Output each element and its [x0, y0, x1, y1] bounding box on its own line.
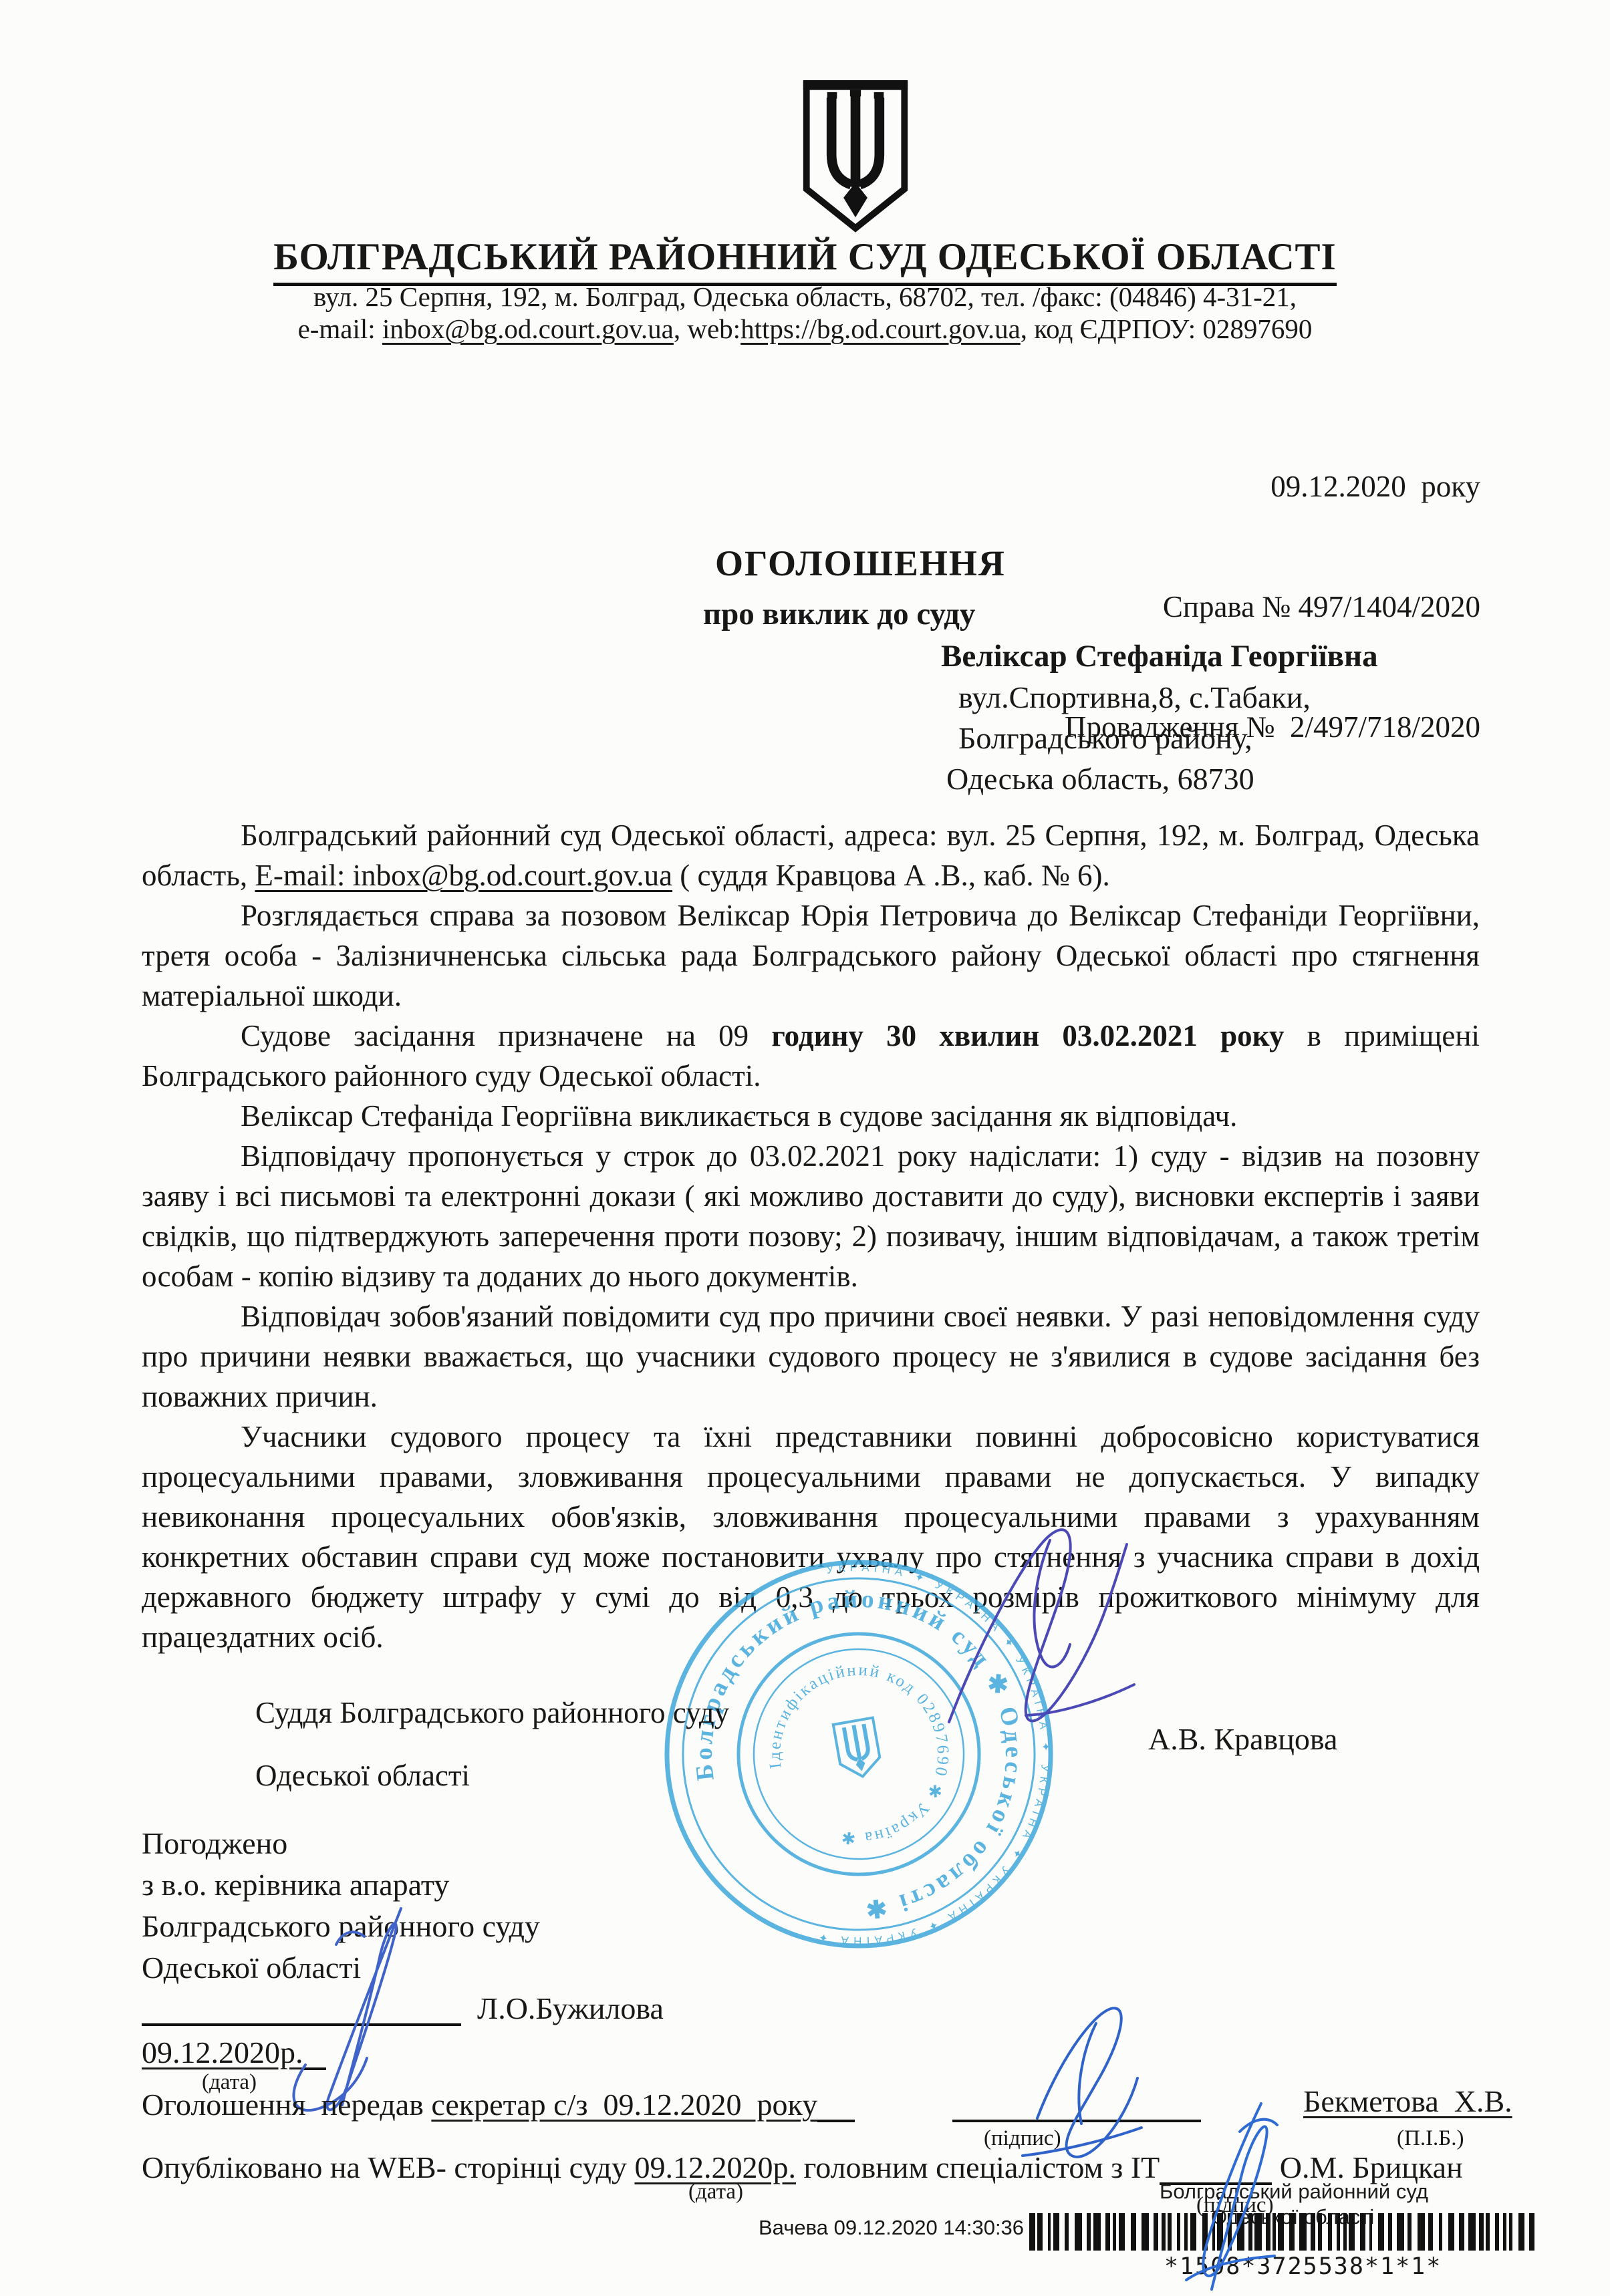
page-title: БОЛГРАДСЬКИЙ РАЙОННИЙ СУД ОДЕСЬКОЇ ОБЛАС… — [273, 235, 1336, 286]
paragraph-hearing-date: Судове засідання призначене на 09 годину… — [142, 1016, 1480, 1096]
judge-signature — [926, 1514, 1153, 1741]
stamp-trident-icon — [833, 1718, 883, 1780]
publish-text: Опубліковано на WEB- сторінці суду — [142, 2150, 634, 2184]
secretary-signature — [996, 1997, 1150, 2164]
publish-date-label: (дата) — [688, 2180, 743, 2204]
body-email: E-mail: inbox@bg.od.court.gov.ua — [255, 859, 672, 892]
paragraph-respondent-duties: Відповідачу пропонується у строк до 03.0… — [142, 1136, 1480, 1296]
court-website: https://bg.od.court.gov.ua — [741, 313, 1021, 344]
addressee-district: Болградського району, — [958, 718, 1378, 758]
it-specialist-signature — [1160, 2092, 1300, 2292]
paragraph-case-parties: Розглядається справа за позовом Веліксар… — [142, 895, 1480, 1016]
email-prefix: e-mail: — [298, 313, 382, 344]
addressee-street: вул.Спортивна,8, с.Табаки, — [958, 677, 1378, 718]
email-suffix: , код ЄДРПОУ: 02897690 — [1021, 313, 1313, 344]
email-mid: , web: — [674, 313, 741, 344]
addressee-block: Веліксар Стефаніда Георгіївна вул.Спорти… — [941, 636, 1378, 799]
transfer-row: Оголошення передав секретар с/з 09.12.20… — [142, 2084, 855, 2122]
judge-title-line1: Суддя Болградського районного суду — [255, 1681, 729, 1744]
case-number: Справа № 497/1404/2020 — [1065, 587, 1480, 627]
judge-name: А.В. Кравцова — [1148, 1721, 1337, 1757]
court-address-line: вул. 25 Серпня, 192, м. Болград, Одеська… — [0, 281, 1610, 313]
court-email: inbox@bg.od.court.gov.ua — [382, 313, 674, 344]
transfer-text: Оголошення передав — [142, 2088, 431, 2122]
document-body: Болградський районний суд Одеської облас… — [142, 815, 1480, 1657]
court-contacts-line: e-mail: inbox@bg.od.court.gov.ua, web:ht… — [0, 313, 1610, 345]
addressee-region: Одеська область, 68730 — [946, 758, 1378, 799]
paragraph-summons: Веліксар Стефаніда Георгіївна викликаєть… — [142, 1096, 1480, 1136]
operator-timestamp: Вачева 09.12.2020 14:30:36 — [759, 2216, 1024, 2240]
coat-of-arms-ukraine-icon — [800, 80, 911, 233]
judge-title-line2: Одеської області — [255, 1744, 729, 1807]
transfer-underlined: секретар с/з 09.12.2020 року — [431, 2088, 817, 2122]
addressee-name: Веліксар Стефаніда Георгіївна — [941, 636, 1378, 677]
approval-name: Л.О.Бужилова — [477, 1991, 664, 2025]
transfer-signer-name: Бекметова Х.В. — [1303, 2084, 1512, 2119]
scanned-court-document: БОЛГРАДСЬКИЙ РАЙОННИЙ СУД ОДЕСЬКОЇ ОБЛАС… — [0, 0, 1610, 2296]
publish-text-2: головним спеціалістом з ІТ — [796, 2150, 1160, 2184]
paragraph-court-info: Болградський районний суд Одеської облас… — [142, 815, 1480, 895]
document-title: ОГОЛОШЕННЯ — [715, 543, 1006, 584]
document-date: 09.12.2020 року — [1065, 466, 1480, 507]
approval-agreed: Погоджено — [142, 1823, 540, 1864]
document-subtitle: про виклик до суду — [703, 596, 975, 632]
header: БОЛГРАДСЬКИЙ РАЙОННИЙ СУД ОДЕСЬКОЇ ОБЛАС… — [0, 235, 1610, 286]
judge-title-block: Суддя Болградського районного суду Одесь… — [255, 1681, 729, 1807]
paragraph-absence-notice: Відповідач зобов'язаний повідомити суд п… — [142, 1296, 1480, 1417]
